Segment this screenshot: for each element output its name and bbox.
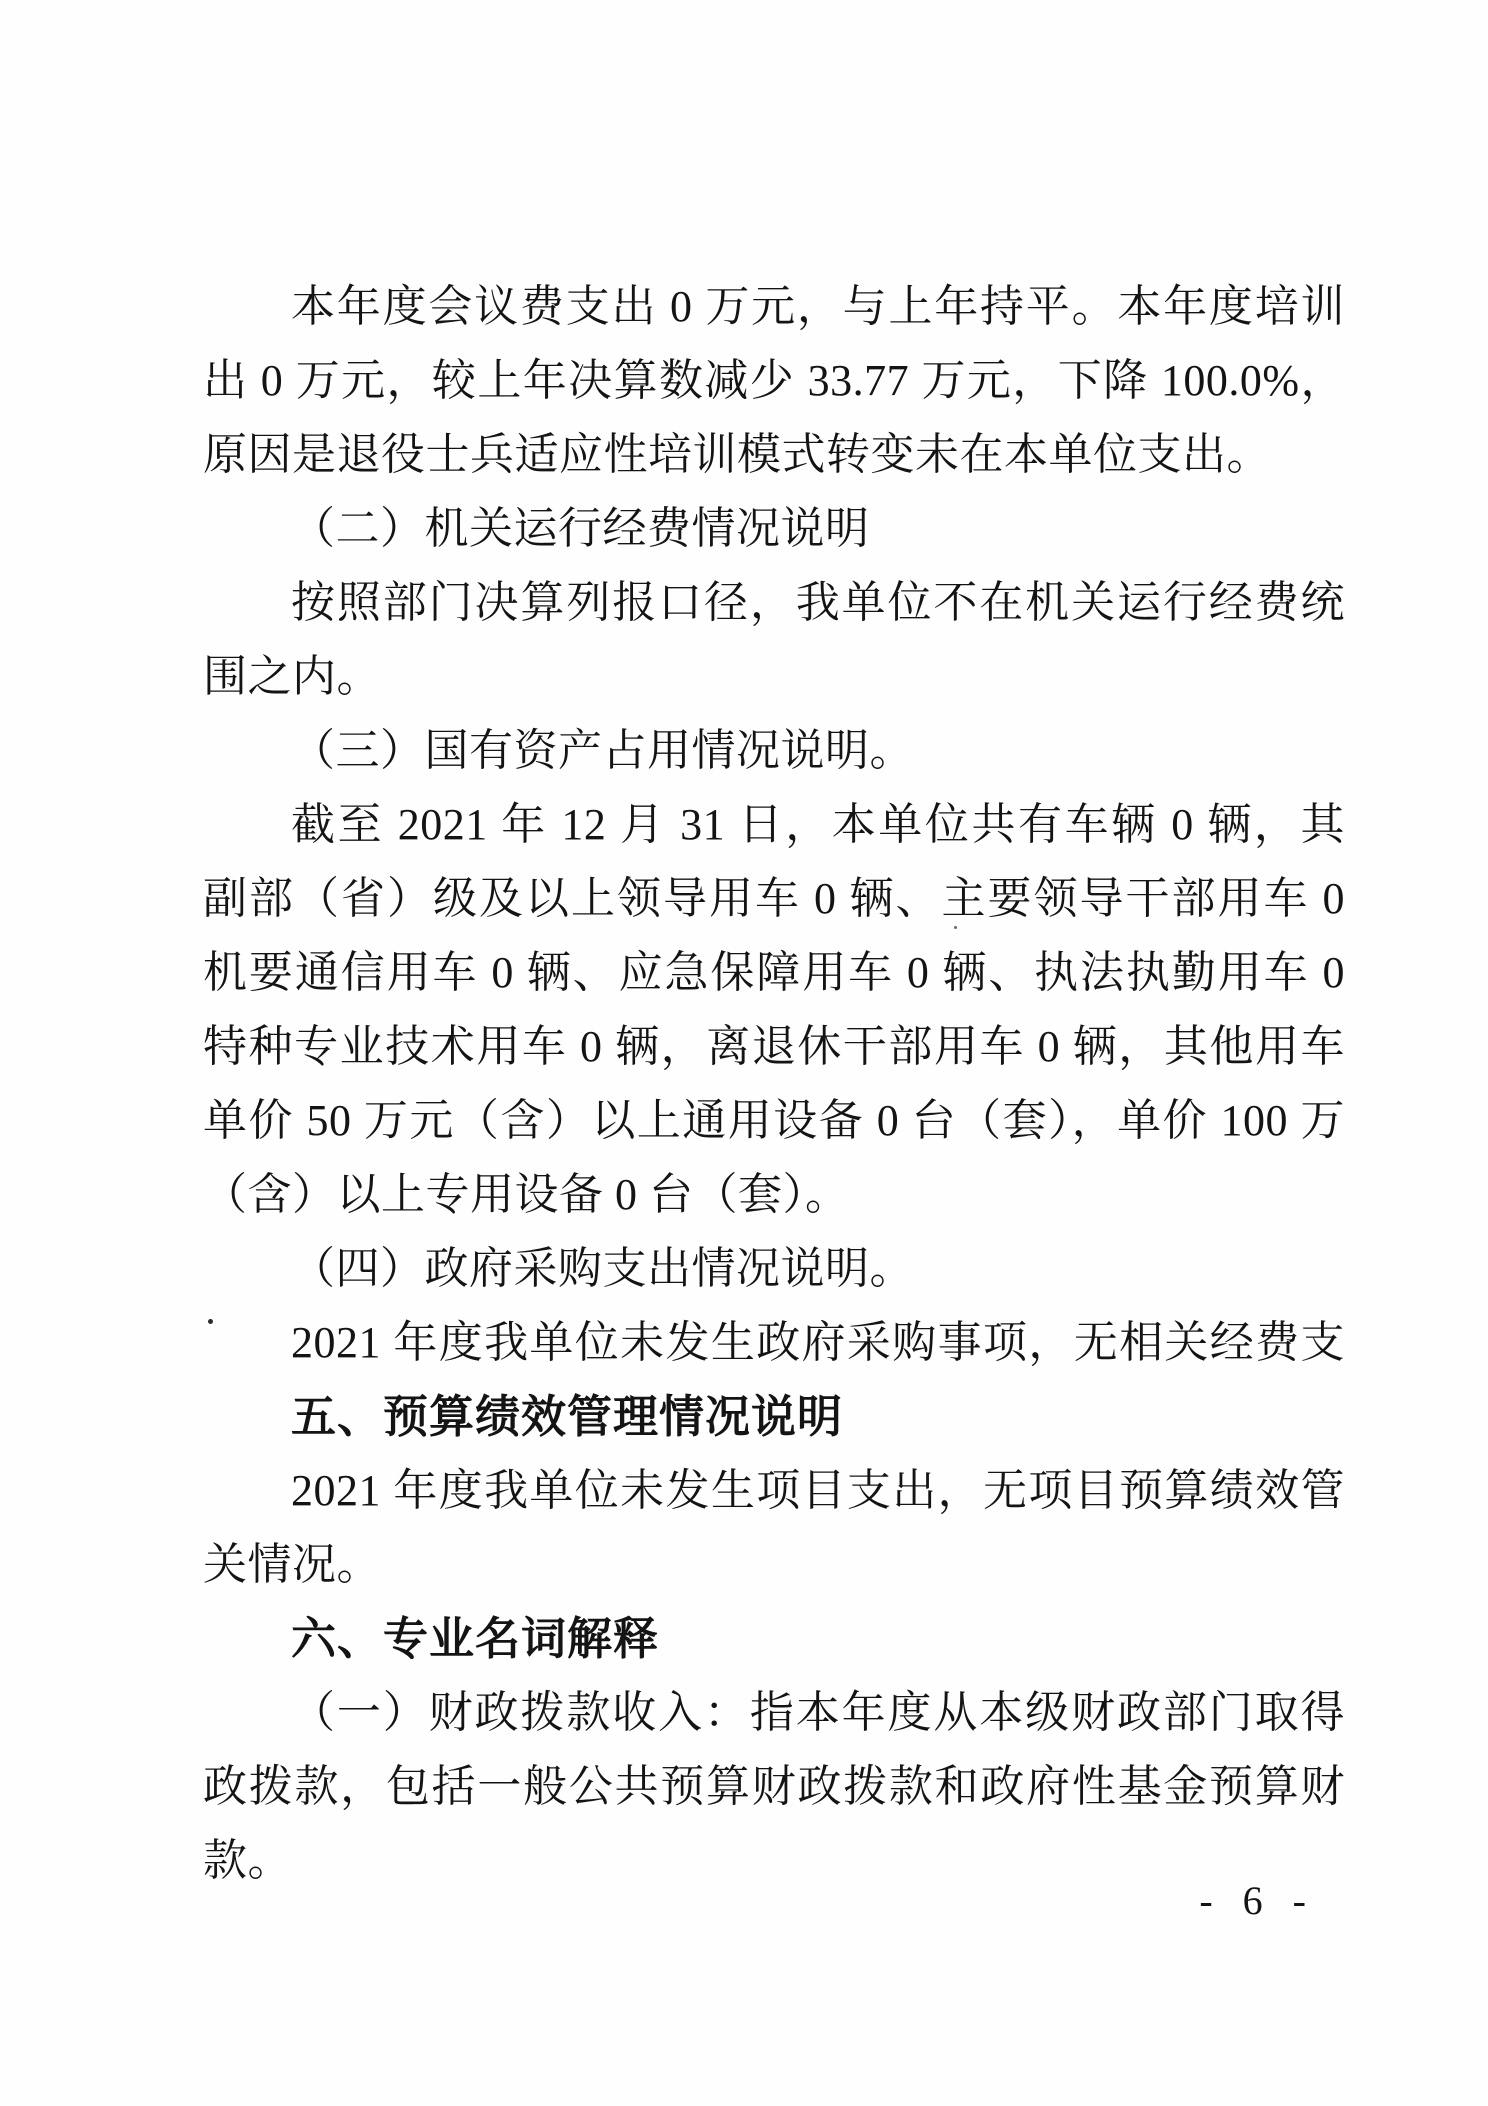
text-line: 机要通信用车 0 辆、应急保障用车 0 辆、执法执勤用车 0 辆， xyxy=(203,936,1345,1010)
document-body: 本年度会议费支出 0 万元，与上年持平。本年度培训费支 出 0 万元，较上年决算… xyxy=(203,270,1345,1898)
text-line: 特种专业技术用车 0 辆，离退休干部用车 0 辆，其他用车 0 辆。 xyxy=(203,1010,1345,1084)
text-line: 本年度会议费支出 0 万元，与上年持平。本年度培训费支 xyxy=(203,270,1345,344)
section-subheading: （四）政府采购支出情况说明。 xyxy=(203,1232,1345,1306)
section-heading: 六、专业名词解释 xyxy=(203,1602,1345,1676)
text-line: 围之内。 xyxy=(203,640,1345,714)
section-subheading: （三）国有资产占用情况说明。 xyxy=(203,714,1345,788)
text-line: 按照部门决算列报口径，我单位不在机关运行经费统计范 xyxy=(203,566,1345,640)
text-line: 关情况。 xyxy=(203,1528,1345,1602)
text-line: 政拨款，包括一般公共预算财政拨款和政府性基金预算财政拨 xyxy=(203,1750,1345,1824)
text-line: （一）财政拨款收入：指本年度从本级财政部门取得的财 xyxy=(203,1676,1345,1750)
text-line: 单价 50 万元（含）以上通用设备 0 台（套），单价 100 万元 xyxy=(203,1084,1345,1158)
scan-speck xyxy=(954,926,957,929)
section-subheading: （二）机关运行经费情况说明 xyxy=(203,492,1345,566)
page-number: - 6 - xyxy=(1199,1878,1316,1924)
document-page: 本年度会议费支出 0 万元，与上年持平。本年度培训费支 出 0 万元，较上年决算… xyxy=(0,0,1488,2106)
section-heading: 五、预算绩效管理情况说明 xyxy=(203,1380,1345,1454)
text-line: 副部（省）级及以上领导用车 0 辆、主要领导干部用车 0 辆、 xyxy=(203,862,1345,936)
text-line: 原因是退役士兵适应性培训模式转变未在本单位支出。 xyxy=(203,418,1345,492)
text-line: 2021 年度我单位未发生项目支出，无项目预算绩效管理相 xyxy=(203,1454,1345,1528)
text-line: 截至 2021 年 12 月 31 日，本单位共有车辆 0 辆，其中， xyxy=(203,788,1345,862)
text-line: 2021 年度我单位未发生政府采购事项，无相关经费支出。 xyxy=(203,1306,1345,1380)
text-line: 出 0 万元，较上年决算数减少 33.77 万元，下降 100.0%，主要 xyxy=(203,344,1345,418)
text-line: （含）以上专用设备 0 台（套）。 xyxy=(203,1158,1345,1232)
text-line: 款。 xyxy=(203,1824,1345,1898)
scan-speck xyxy=(208,1319,213,1324)
